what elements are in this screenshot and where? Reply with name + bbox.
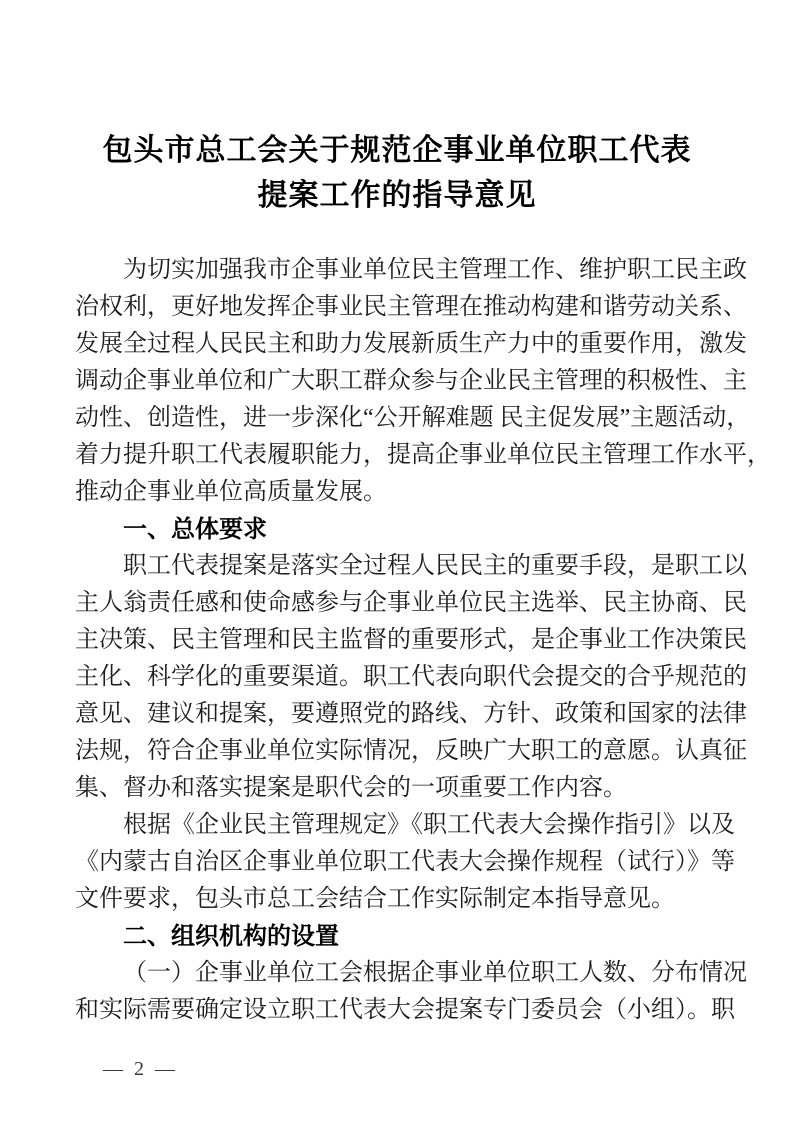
text-line: 主决策、民主管理和民主监督的重要形式，是企事业工作决策民 — [75, 622, 721, 659]
text-line: 着力提升职工代表履职能力，提高企事业单位民主管理工作水平， — [75, 437, 721, 474]
paragraph: 职工代表提案是落实全过程人民民主的重要手段，是职工以主人翁责任感和使命感参与企事… — [75, 548, 721, 807]
paragraph: （一）企事业单位工会根据企事业单位职工人数、分布情况和实际需要确定设立职工代表大… — [75, 955, 721, 1029]
page-number: — 2 — — [103, 1058, 178, 1081]
text-line: 和实际需要确定设立职工代表大会提案专门委员会（小组）。职 — [75, 992, 721, 1029]
text-line: 调动企事业单位和广大职工群众参与企业民主管理的积极性、主 — [75, 363, 721, 400]
text-line: 职工代表提案是落实全过程人民民主的重要手段，是职工以 — [75, 548, 721, 585]
document-title: 包头市总工会关于规范企事业单位职工代表 提案工作的指导意见 — [67, 0, 727, 218]
section-heading: 二、组织机构的设置 — [75, 918, 721, 955]
document-title-line-2: 提案工作的指导意见 — [67, 173, 727, 218]
paragraph: 为切实加强我市企事业单位民主管理工作、维护职工民主政治权利，更好地发挥企事业民主… — [75, 252, 721, 511]
text-line: 动性、创造性，进一步深化“公开解难题 民主促发展”主题活动， — [75, 400, 721, 437]
text-line: （一）企事业单位工会根据企事业单位职工人数、分布情况 — [75, 955, 721, 992]
text-line: 集、督办和落实提案是职代会的一项重要工作内容。 — [75, 770, 721, 807]
text-line: 为切实加强我市企事业单位民主管理工作、维护职工民主政 — [75, 252, 721, 289]
paragraph: 根据《企业民主管理规定》《职工代表大会操作指引》以及《内蒙古自治区企事业单位职工… — [75, 807, 721, 918]
section-heading: 一、总体要求 — [75, 511, 721, 548]
text-line: 《内蒙古自治区企事业单位职工代表大会操作规程（试行）》等 — [75, 844, 721, 881]
document-page: 包头市总工会关于规范企事业单位职工代表 提案工作的指导意见 为切实加强我市企事业… — [0, 0, 794, 1123]
document-title-line-1: 包头市总工会关于规范企事业单位职工代表 — [67, 128, 727, 173]
text-line: 文件要求，包头市总工会结合工作实际制定本指导意见。 — [75, 881, 721, 918]
text-line: 推动企事业单位高质量发展。 — [75, 474, 721, 511]
text-line: 治权利，更好地发挥企事业民主管理在推动构建和谐劳动关系、 — [75, 289, 721, 326]
text-line: 发展全过程人民民主和助力发展新质生产力中的重要作用，激发 — [75, 326, 721, 363]
text-line: 意见、建议和提案，要遵照党的路线、方针、政策和国家的法律 — [75, 696, 721, 733]
text-line: 法规，符合企事业单位实际情况，反映广大职工的意愿。认真征 — [75, 733, 721, 770]
text-line: 根据《企业民主管理规定》《职工代表大会操作指引》以及 — [75, 807, 721, 844]
text-line: 主人翁责任感和使命感参与企事业单位民主选举、民主协商、民 — [75, 585, 721, 622]
text-line: 主化、科学化的重要渠道。职工代表向职代会提交的合乎规范的 — [75, 659, 721, 696]
document-body: 为切实加强我市企事业单位民主管理工作、维护职工民主政治权利，更好地发挥企事业民主… — [75, 252, 721, 1029]
